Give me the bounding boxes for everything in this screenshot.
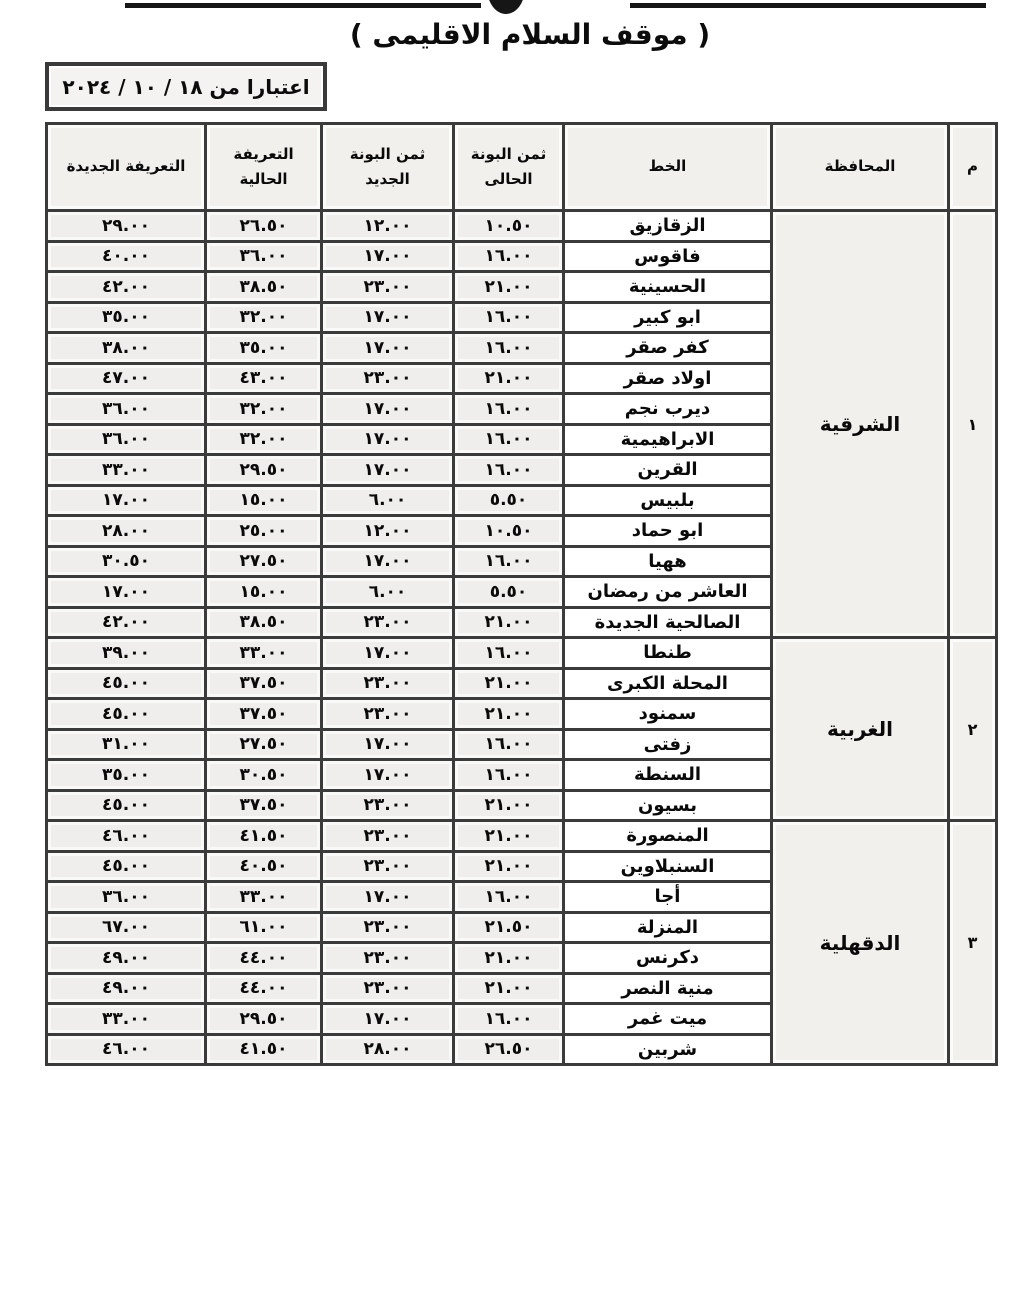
tariff-new-cell: ٤٦.٠٠: [47, 1034, 206, 1065]
tariff-new-cell: ٤٦.٠٠: [47, 821, 206, 852]
line-name-cell: أجا: [564, 882, 772, 913]
coupon-new-cell: ١٧.٠٠: [322, 394, 454, 425]
line-name-cell: فاقوس: [564, 241, 772, 272]
coupon-current-cell: ٢١.٠٠: [454, 943, 564, 974]
tariff-new-cell: ٣٩.٠٠: [47, 638, 206, 669]
tariff-new-cell: ١٧.٠٠: [47, 577, 206, 608]
tariff-current-cell: ٤١.٥٠: [206, 1034, 322, 1065]
coupon-current-cell: ١٠.٥٠: [454, 211, 564, 242]
tariff-new-cell: ٤٥.٠٠: [47, 699, 206, 730]
coupon-current-cell: ٢١.٥٠: [454, 912, 564, 943]
coupon-new-cell: ١٧.٠٠: [322, 333, 454, 364]
tariff-current-cell: ٤١.٥٠: [206, 821, 322, 852]
coupon-new-cell: ٢٣.٠٠: [322, 821, 454, 852]
line-name-cell: ديرب نجم: [564, 394, 772, 425]
tariff-current-cell: ٢٩.٥٠: [206, 1004, 322, 1035]
line-name-cell: الابراهيمية: [564, 424, 772, 455]
line-name-cell: بسيون: [564, 790, 772, 821]
table-row: ٢الغربيةطنطا١٦.٠٠١٧.٠٠٣٣.٠٠٣٩.٠٠: [47, 638, 997, 669]
coupon-new-cell: ١٧.٠٠: [322, 546, 454, 577]
coupon-current-cell: ٢١.٠٠: [454, 821, 564, 852]
coupon-current-cell: ٥.٥٠: [454, 485, 564, 516]
line-name-cell: الزقازيق: [564, 211, 772, 242]
tariff-new-cell: ٤٩.٠٠: [47, 973, 206, 1004]
tariff-table: م المحافظة الخط ثمن البونة الحالى ثمن ال…: [45, 122, 998, 1066]
tariff-new-cell: ٤٧.٠٠: [47, 363, 206, 394]
line-name-cell: زفتى: [564, 729, 772, 760]
coupon-current-cell: ١٦.٠٠: [454, 394, 564, 425]
tariff-current-cell: ١٥.٠٠: [206, 485, 322, 516]
coupon-new-cell: ١٧.٠٠: [322, 638, 454, 669]
tariff-current-cell: ٣٠.٥٠: [206, 760, 322, 791]
effective-date-box: اعتبارا من ١٨ / ١٠ / ٢٠٢٤: [45, 62, 327, 111]
coupon-new-cell: ١٢.٠٠: [322, 211, 454, 242]
coupon-current-cell: ١٦.٠٠: [454, 424, 564, 455]
line-name-cell: المنصورة: [564, 821, 772, 852]
coupon-new-cell: ٢٣.٠٠: [322, 363, 454, 394]
tariff-new-cell: ٢٩.٠٠: [47, 211, 206, 242]
line-name-cell: ابو حماد: [564, 516, 772, 547]
coupon-current-cell: ٢٦.٥٠: [454, 1034, 564, 1065]
coupon-current-cell: ٢١.٠٠: [454, 973, 564, 1004]
table-row: ٣الدقهليةالمنصورة٢١.٠٠٢٣.٠٠٤١.٥٠٤٦.٠٠: [47, 821, 997, 852]
governorate-cell: الدقهلية: [772, 821, 949, 1065]
tariff-new-cell: ٣٨.٠٠: [47, 333, 206, 364]
coupon-current-cell: ١٦.٠٠: [454, 302, 564, 333]
coupon-new-cell: ١٧.٠٠: [322, 302, 454, 333]
coupon-new-cell: ٢٣.٠٠: [322, 943, 454, 974]
line-name-cell: الصالحية الجديدة: [564, 607, 772, 638]
coupon-new-cell: ١٧.٠٠: [322, 455, 454, 486]
coupon-new-cell: ١٧.٠٠: [322, 1004, 454, 1035]
top-rule-right: [630, 3, 986, 8]
tariff-current-cell: ٣٢.٠٠: [206, 424, 322, 455]
tariff-new-cell: ١٧.٠٠: [47, 485, 206, 516]
coupon-new-cell: ٦.٠٠: [322, 577, 454, 608]
line-name-cell: السنطة: [564, 760, 772, 791]
tariff-current-cell: ٣٦.٠٠: [206, 241, 322, 272]
tariff-current-cell: ٣٢.٠٠: [206, 394, 322, 425]
coupon-current-cell: ١٦.٠٠: [454, 882, 564, 913]
line-name-cell: اولاد صقر: [564, 363, 772, 394]
group-index-cell: ٢: [949, 638, 997, 821]
header-tariff-new: التعريفة الجديدة: [47, 124, 206, 211]
top-rule-left: [125, 3, 481, 8]
coupon-new-cell: ١٧.٠٠: [322, 760, 454, 791]
scanned-document-page: ( موقف السلام الاقليمى ) اعتبارا من ١٨ /…: [0, 0, 1030, 1303]
coupon-current-cell: ١٦.٠٠: [454, 638, 564, 669]
line-name-cell: المحلة الكبرى: [564, 668, 772, 699]
coupon-new-cell: ٢٣.٠٠: [322, 790, 454, 821]
coupon-current-cell: ٢١.٠٠: [454, 790, 564, 821]
coupon-new-cell: ٢٣.٠٠: [322, 973, 454, 1004]
tariff-current-cell: ٣٧.٥٠: [206, 699, 322, 730]
tariff-current-cell: ٤٤.٠٠: [206, 973, 322, 1004]
tariff-new-cell: ٤٠.٠٠: [47, 241, 206, 272]
tariff-new-cell: ٤٢.٠٠: [47, 272, 206, 303]
header-line: الخط: [564, 124, 772, 211]
header-governorate: المحافظة: [772, 124, 949, 211]
line-name-cell: القرين: [564, 455, 772, 486]
tariff-current-cell: ٣٥.٠٠: [206, 333, 322, 364]
tariff-new-cell: ٣٥.٠٠: [47, 760, 206, 791]
group-index-cell: ٣: [949, 821, 997, 1065]
line-name-cell: ههيا: [564, 546, 772, 577]
line-name-cell: المنزلة: [564, 912, 772, 943]
coupon-current-cell: ١٦.٠٠: [454, 1004, 564, 1035]
tariff-current-cell: ٤٤.٠٠: [206, 943, 322, 974]
coupon-new-cell: ٢٣.٠٠: [322, 668, 454, 699]
coupon-current-cell: ٢١.٠٠: [454, 607, 564, 638]
tariff-new-cell: ٣٣.٠٠: [47, 1004, 206, 1035]
line-name-cell: العاشر من رمضان: [564, 577, 772, 608]
tariff-current-cell: ٢٧.٥٠: [206, 729, 322, 760]
tariff-current-cell: ٤٣.٠٠: [206, 363, 322, 394]
tariff-new-cell: ٣٦.٠٠: [47, 394, 206, 425]
coupon-new-cell: ٢٣.٠٠: [322, 912, 454, 943]
coupon-current-cell: ٢١.٠٠: [454, 699, 564, 730]
tariff-new-cell: ٤٥.٠٠: [47, 790, 206, 821]
tariff-new-cell: ٣٠.٥٠: [47, 546, 206, 577]
tariff-current-cell: ٢٦.٥٠: [206, 211, 322, 242]
line-name-cell: بلبيس: [564, 485, 772, 516]
coupon-current-cell: ٢١.٠٠: [454, 363, 564, 394]
tariff-current-cell: ٦١.٠٠: [206, 912, 322, 943]
coupon-current-cell: ١٦.٠٠: [454, 241, 564, 272]
coupon-new-cell: ٢٨.٠٠: [322, 1034, 454, 1065]
tariff-new-cell: ٦٧.٠٠: [47, 912, 206, 943]
coupon-current-cell: ٥.٥٠: [454, 577, 564, 608]
tariff-current-cell: ٣٨.٥٠: [206, 607, 322, 638]
table-row: ١الشرقيةالزقازيق١٠.٥٠١٢.٠٠٢٦.٥٠٢٩.٠٠: [47, 211, 997, 242]
coupon-new-cell: ٢٣.٠٠: [322, 851, 454, 882]
header-coupon-current: ثمن البونة الحالى: [454, 124, 564, 211]
coupon-new-cell: ٢٣.٠٠: [322, 607, 454, 638]
coupon-new-cell: ٢٣.٠٠: [322, 699, 454, 730]
tariff-new-cell: ٣٣.٠٠: [47, 455, 206, 486]
header-tariff-current: التعريفة الحالية: [206, 124, 322, 211]
tariff-new-cell: ٣٥.٠٠: [47, 302, 206, 333]
tariff-current-cell: ٣٧.٥٠: [206, 668, 322, 699]
tariff-new-cell: ٣١.٠٠: [47, 729, 206, 760]
coupon-new-cell: ٦.٠٠: [322, 485, 454, 516]
line-name-cell: الحسينية: [564, 272, 772, 303]
tariff-table-body: ١الشرقيةالزقازيق١٠.٥٠١٢.٠٠٢٦.٥٠٢٩.٠٠فاقو…: [47, 211, 997, 1065]
tariff-current-cell: ٣٣.٠٠: [206, 638, 322, 669]
coupon-current-cell: ١٠.٥٠: [454, 516, 564, 547]
coupon-current-cell: ٢١.٠٠: [454, 851, 564, 882]
header-row: م المحافظة الخط ثمن البونة الحالى ثمن ال…: [47, 124, 997, 211]
page-title: ( موقف السلام الاقليمى ): [300, 18, 760, 51]
coupon-new-cell: ٢٣.٠٠: [322, 272, 454, 303]
tariff-new-cell: ٣٦.٠٠: [47, 882, 206, 913]
tariff-new-cell: ٤٥.٠٠: [47, 851, 206, 882]
emblem-icon: [487, 0, 525, 14]
line-name-cell: السنبلاوين: [564, 851, 772, 882]
line-name-cell: سمنود: [564, 699, 772, 730]
coupon-current-cell: ٢١.٠٠: [454, 668, 564, 699]
tariff-new-cell: ٤٩.٠٠: [47, 943, 206, 974]
effective-date-text: اعتبارا من ١٨ / ١٠ / ٢٠٢٤: [62, 75, 309, 99]
governorate-cell: الشرقية: [772, 211, 949, 638]
coupon-new-cell: ١٧.٠٠: [322, 241, 454, 272]
coupon-new-cell: ١٢.٠٠: [322, 516, 454, 547]
line-name-cell: منية النصر: [564, 973, 772, 1004]
tariff-current-cell: ١٥.٠٠: [206, 577, 322, 608]
header-index: م: [949, 124, 997, 211]
tariff-current-cell: ٢٥.٠٠: [206, 516, 322, 547]
coupon-current-cell: ١٦.٠٠: [454, 546, 564, 577]
tariff-new-cell: ٣٦.٠٠: [47, 424, 206, 455]
tariff-current-cell: ٢٧.٥٠: [206, 546, 322, 577]
tariff-new-cell: ٤٥.٠٠: [47, 668, 206, 699]
tariff-current-cell: ٣٨.٥٠: [206, 272, 322, 303]
governorate-cell: الغربية: [772, 638, 949, 821]
tariff-current-cell: ٤٠.٥٠: [206, 851, 322, 882]
tariff-current-cell: ٣٣.٠٠: [206, 882, 322, 913]
line-name-cell: طنطا: [564, 638, 772, 669]
line-name-cell: دكرنس: [564, 943, 772, 974]
line-name-cell: ابو كبير: [564, 302, 772, 333]
tariff-current-cell: ٢٩.٥٠: [206, 455, 322, 486]
coupon-current-cell: ١٦.٠٠: [454, 760, 564, 791]
line-name-cell: كفر صقر: [564, 333, 772, 364]
coupon-current-cell: ١٦.٠٠: [454, 333, 564, 364]
header-coupon-new: ثمن البونة الجديد: [322, 124, 454, 211]
coupon-new-cell: ١٧.٠٠: [322, 424, 454, 455]
group-index-cell: ١: [949, 211, 997, 638]
line-name-cell: شربين: [564, 1034, 772, 1065]
coupon-new-cell: ١٧.٠٠: [322, 882, 454, 913]
line-name-cell: ميت غمر: [564, 1004, 772, 1035]
tariff-current-cell: ٣٢.٠٠: [206, 302, 322, 333]
coupon-new-cell: ١٧.٠٠: [322, 729, 454, 760]
coupon-current-cell: ٢١.٠٠: [454, 272, 564, 303]
tariff-current-cell: ٣٧.٥٠: [206, 790, 322, 821]
tariff-new-cell: ٤٢.٠٠: [47, 607, 206, 638]
coupon-current-cell: ١٦.٠٠: [454, 729, 564, 760]
tariff-new-cell: ٢٨.٠٠: [47, 516, 206, 547]
coupon-current-cell: ١٦.٠٠: [454, 455, 564, 486]
